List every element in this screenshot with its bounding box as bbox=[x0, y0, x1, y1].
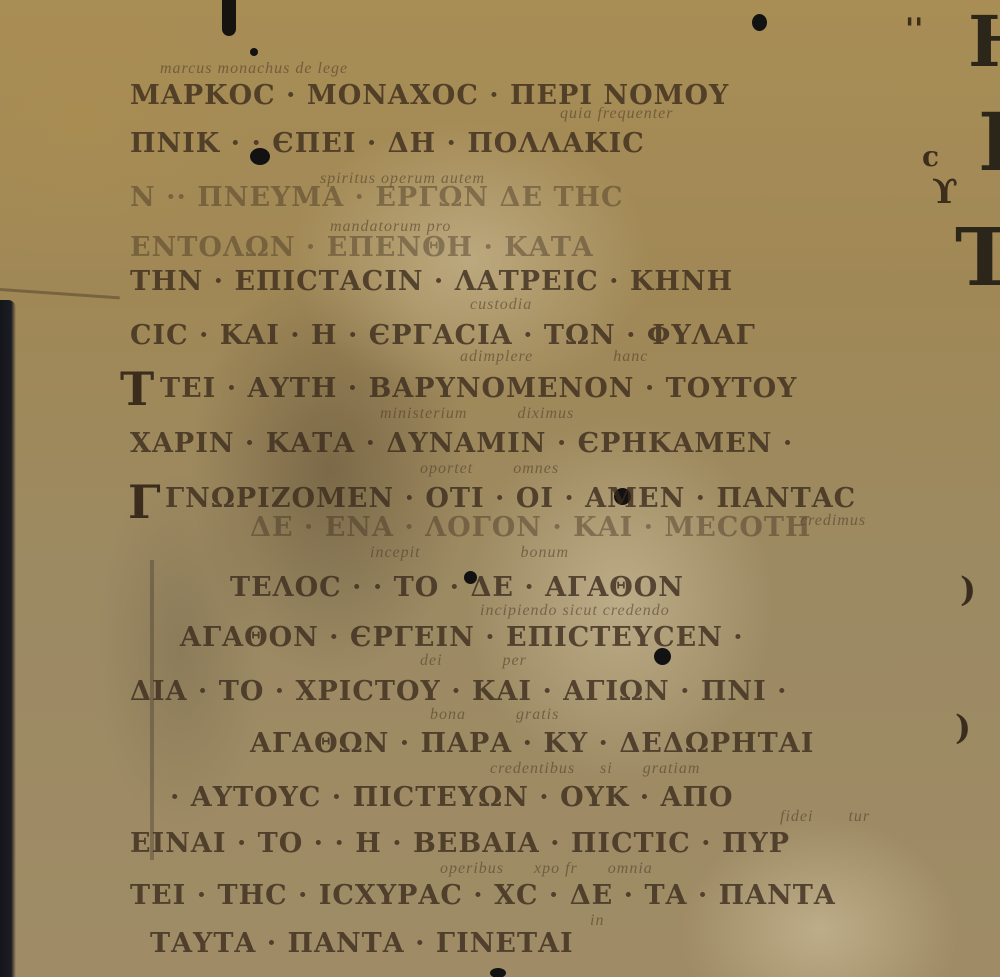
greek-text-line: ΕΝΤΟΛΩΝ · ΕΠΕΝΘΗ · ΚΑΤΑ bbox=[130, 232, 594, 263]
greek-text-line: ΑΓΑΘΟΝ · ЄΡΓΕΙΝ · ΕΠΙϹΤΕΥϹΕΝ · bbox=[180, 622, 744, 653]
greek-text-line: ΔΕ · ΕΝΑ · ΛΟΓΟΝ · ΚΑΙ · ΜΕϹΟΤΗ bbox=[250, 512, 812, 543]
greek-text-line: ΔΙΑ · ΤΟ · ΧΡΙϹΤΟΥ · ΚΑΙ · ΑΓΙΩΝ · ΠΝΙ · bbox=[130, 676, 788, 707]
manuscript-folio: marcus monachus de lege quia frequenter … bbox=[0, 0, 1000, 977]
margin-mark: ) bbox=[955, 708, 971, 748]
wormhole bbox=[250, 48, 258, 56]
decorated-initial: Γ bbox=[128, 475, 161, 529]
margin-mark: ϒ bbox=[932, 172, 958, 212]
edge-letter: Τ bbox=[955, 210, 1000, 304]
greek-text-line: ΓΝΩΡΙΖΟΜΕΝ · ΟΤΙ · ΟΙ · ΑΜΕΝ · ΠΑΝΤΑϹ bbox=[165, 483, 856, 514]
latin-gloss-line: bona gratis bbox=[430, 706, 559, 724]
margin-mark: ) bbox=[960, 570, 976, 610]
latin-gloss-line: oportet omnes bbox=[420, 460, 559, 478]
greek-text-line: ΜΑΡΚΟϹ · ΜΟΝΑΧΟϹ · ΠΕΡΙ ΝΟΜΟΥ bbox=[130, 80, 729, 111]
page-edge-shadow bbox=[0, 300, 16, 977]
greek-text-line: Ν ·· ΠΝΕΥΜΑ · ΕΡΓΩΝ ΔΕ ΤΗϹ bbox=[130, 182, 624, 213]
edge-letter: Β bbox=[978, 95, 1000, 189]
latin-gloss-line: ministerium diximus bbox=[380, 405, 574, 423]
edge-letter: Η bbox=[968, 0, 1000, 83]
greek-text-line: ΤΗΝ · ΕΠΙϹΤΑϹΙΝ · ΛΑΤΡΕΙϹ · ΚΗΝΗ bbox=[130, 266, 733, 297]
latin-gloss-line: dei per bbox=[420, 652, 527, 670]
wormhole bbox=[490, 968, 506, 977]
latin-gloss-line: in bbox=[590, 912, 604, 930]
greek-text-line: ΧΑΡΙΝ · ΚΑΤΑ · ΔΥΝΑΜΙΝ · ЄΡΗΚΑΜΕΝ · bbox=[130, 428, 793, 459]
greek-text-line: ΤΕΛΟϹ · · ΤΟ · ΔΕ · ΑΓΑΘΟΝ bbox=[230, 572, 684, 603]
margin-mark: '' bbox=[905, 12, 923, 47]
latin-gloss-line: credentibus si gratiam bbox=[490, 760, 700, 778]
greek-text-line: ϹΙϹ · ΚΑΙ · Η · ЄΡΓΑϹΙΑ · ΤΩΝ · ΦΥΛΑΓ bbox=[130, 320, 756, 351]
wormhole bbox=[752, 14, 767, 31]
greek-text-line: ΤΕΙ · ΤΗϹ · ΙϹΧΥΡΑϹ · ΧϹ · ΔΕ · ΤΑ · ΠΑΝ… bbox=[130, 880, 836, 911]
greek-text-line: ΑΓΑΘΩΝ · ΠΑΡΑ · ΚΥ · ΔΕΔΩΡΗΤΑΙ bbox=[250, 728, 814, 759]
latin-gloss-line: custodia bbox=[470, 296, 532, 314]
latin-gloss-line: incipiendo sicut credendo bbox=[480, 602, 670, 620]
greek-text-line: ΤΑΥΤΑ · ΠΑΝΤΑ · ΓΙΝΕΤΑΙ bbox=[150, 928, 574, 959]
greek-text-line: ΕΙΝΑΙ · ΤΟ · · Η · ΒΕΒΑΙΑ · ΠΙϹΤΙϹ · ΠΥΡ bbox=[130, 828, 790, 859]
greek-text-line: · ΑΥΤΟΥϹ · ΠΙϹΤΕΥΩΝ · ΟΥΚ · ΑΠΟ bbox=[170, 782, 734, 813]
greek-text-line: ΤΕΙ · ΑΥΤΗ · ΒΑΡΥΝΟΜΕΝΟΝ · ΤΟΥΤΟΥ bbox=[160, 373, 797, 404]
margin-mark: c bbox=[922, 140, 939, 173]
latin-gloss-line: incepit bonum bbox=[370, 544, 569, 562]
latin-gloss-line: operibus xpo fr omnia bbox=[440, 860, 653, 878]
greek-text-line: ΠΝΙΚ · · ЄΠΕΙ · ΔΗ · ΠΟΛΛΑΚΙϹ bbox=[130, 128, 645, 159]
latin-gloss-line: marcus monachus de lege bbox=[160, 60, 348, 78]
parchment-crease bbox=[0, 288, 120, 299]
ink-mark-top bbox=[222, 0, 236, 36]
latin-gloss-line: fidei tur bbox=[780, 808, 870, 826]
decorated-initial: Τ bbox=[120, 362, 154, 416]
stain-streak bbox=[150, 560, 154, 860]
